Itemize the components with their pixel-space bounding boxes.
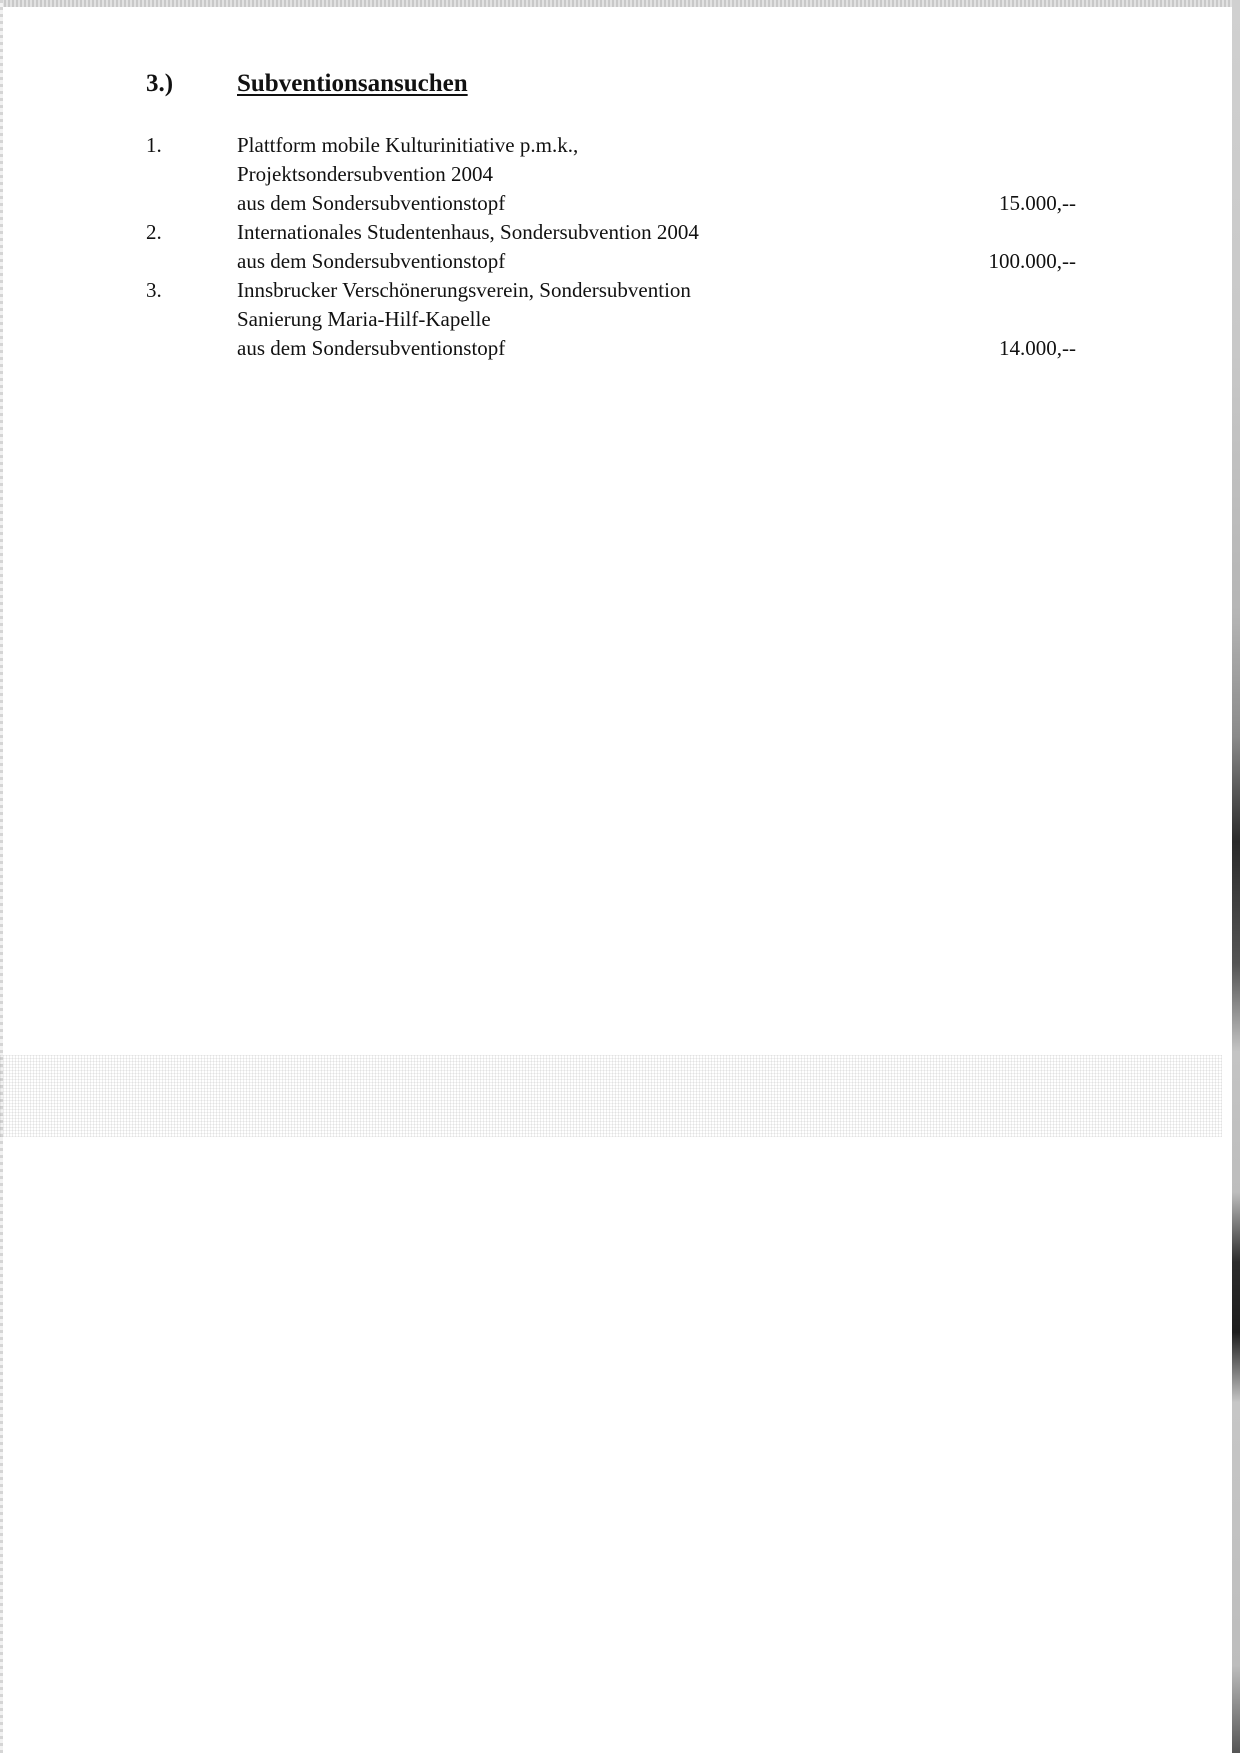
section-title: Subventionsansuchen [237, 70, 468, 98]
list-item: 2. Internationales Studentenhaus, Sonder… [146, 218, 1076, 276]
section-number: 3.) [146, 70, 173, 98]
item-amount: 100.000,-- [989, 247, 1077, 276]
scan-artifact-grey-band [0, 1055, 1222, 1137]
item-amount: 15.000,-- [999, 189, 1076, 218]
scan-artifact-left-edge [0, 0, 3, 1753]
item-line: Sanierung Maria-Hilf-Kapelle [237, 305, 1076, 334]
item-amount: 14.000,-- [999, 334, 1076, 363]
item-line: aus dem Sondersubventionstopf [237, 247, 1076, 276]
item-line: Innsbrucker Verschönerungsverein, Sonder… [237, 276, 1076, 305]
item-line: Plattform mobile Kulturinitiative p.m.k.… [237, 131, 1076, 160]
item-line: Projektsondersubvention 2004 [237, 160, 1076, 189]
list-item: 1. Plattform mobile Kulturinitiative p.m… [146, 131, 1076, 218]
item-number: 2. [146, 218, 162, 247]
item-line: aus dem Sondersubventionstopf [237, 334, 1076, 363]
subsidy-request-list: 1. Plattform mobile Kulturinitiative p.m… [146, 131, 1076, 363]
item-number: 1. [146, 131, 162, 160]
list-item: 3. Innsbrucker Verschönerungsverein, Son… [146, 276, 1076, 363]
item-description: Plattform mobile Kulturinitiative p.m.k.… [237, 131, 1076, 218]
scan-artifact-top-edge [0, 0, 1240, 7]
item-description: Innsbrucker Verschönerungsverein, Sonder… [237, 276, 1076, 363]
item-line: Internationales Studentenhaus, Sondersub… [237, 218, 1076, 247]
item-number: 3. [146, 276, 162, 305]
item-line: aus dem Sondersubventionstopf [237, 189, 1076, 218]
scan-artifact-right-edge [1232, 0, 1240, 1753]
item-description: Internationales Studentenhaus, Sondersub… [237, 218, 1076, 276]
